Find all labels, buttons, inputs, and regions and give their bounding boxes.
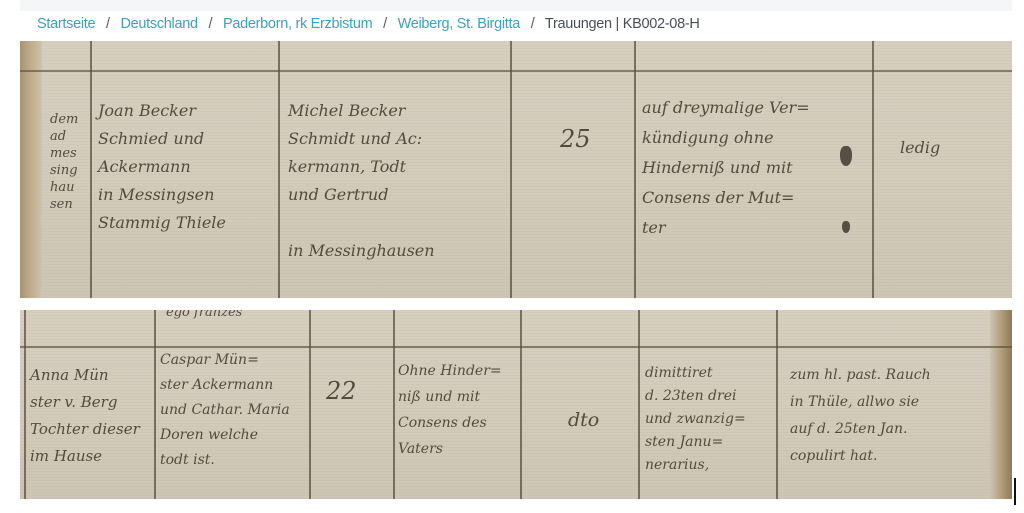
column-rule <box>278 41 280 298</box>
breadcrumb-paderborn[interactable]: Paderborn, rk Erzbistum <box>223 16 372 32</box>
handwriting-age: 22 <box>326 378 357 406</box>
handwriting-groom-parents: Michel Becker Schmidt und Ac: kermann, T… <box>288 97 435 265</box>
breadcrumb-separator: / <box>106 16 110 32</box>
breadcrumb: Startseite / Deutschland / Paderborn, rk… <box>37 14 700 34</box>
breadcrumb-deutschland[interactable]: Deutschland <box>120 16 197 32</box>
handwriting-place: dem ad mes sing hau sen <box>50 111 78 213</box>
handwriting-ditto: dto <box>568 410 599 432</box>
column-rule <box>309 310 311 499</box>
column-rule <box>638 310 640 499</box>
column-rule <box>872 41 874 298</box>
text-cursor <box>1014 478 1016 505</box>
breadcrumb-separator: / <box>531 16 535 32</box>
handwriting-bride: Anna Mün ster v. Berg Tochter dieser im … <box>30 362 140 470</box>
column-rule <box>776 310 778 499</box>
breadcrumb-current: Trauungen | KB002-08-H <box>545 16 700 32</box>
ink-blot <box>840 146 852 166</box>
handwriting-groom: Joan Becker Schmied und Ackermann in Mes… <box>98 97 226 237</box>
column-rule <box>634 41 636 298</box>
handwriting-age: 25 <box>560 126 591 154</box>
breadcrumb-separator: / <box>383 16 387 32</box>
handwriting-banns: Ohne Hinder= niß und mit Consens des Vat… <box>398 358 502 462</box>
top-bar <box>20 0 1012 11</box>
page-binding-shadow <box>20 41 42 298</box>
handwriting-dimissory: dimittiret d. 23ten drei und zwanzig= st… <box>645 362 746 477</box>
handwriting-fragment: ego franzes <box>166 310 242 321</box>
breadcrumb-separator: / <box>209 16 213 32</box>
page-binding-shadow <box>990 310 1012 499</box>
handwriting-status: ledig <box>900 139 940 157</box>
column-rule <box>393 310 395 499</box>
column-rule <box>510 41 512 298</box>
breadcrumb-weiberg[interactable]: Weiberg, St. Birgitta <box>398 16 520 32</box>
register-scan-1[interactable]: dem ad mes sing hau sen Joan Becker Schm… <box>20 41 1012 298</box>
handwriting-remarks: zum hl. past. Rauch in Thüle, allwo sie … <box>790 362 931 470</box>
ink-blot <box>842 221 850 233</box>
column-rule <box>24 310 26 499</box>
handwriting-banns: auf dreymalige Ver= kündigung ohne Hinde… <box>642 93 810 243</box>
breadcrumb-startseite[interactable]: Startseite <box>37 16 95 32</box>
column-rule <box>154 310 156 499</box>
register-scan-2[interactable]: ego franzes Anna Mün ster v. Berg Tochte… <box>20 310 1012 499</box>
handwriting-bride-parents: Caspar Mün= ster Ackermann und Cathar. M… <box>160 348 290 473</box>
ruled-line <box>20 70 1012 72</box>
column-rule <box>520 310 522 499</box>
column-rule <box>90 41 92 298</box>
